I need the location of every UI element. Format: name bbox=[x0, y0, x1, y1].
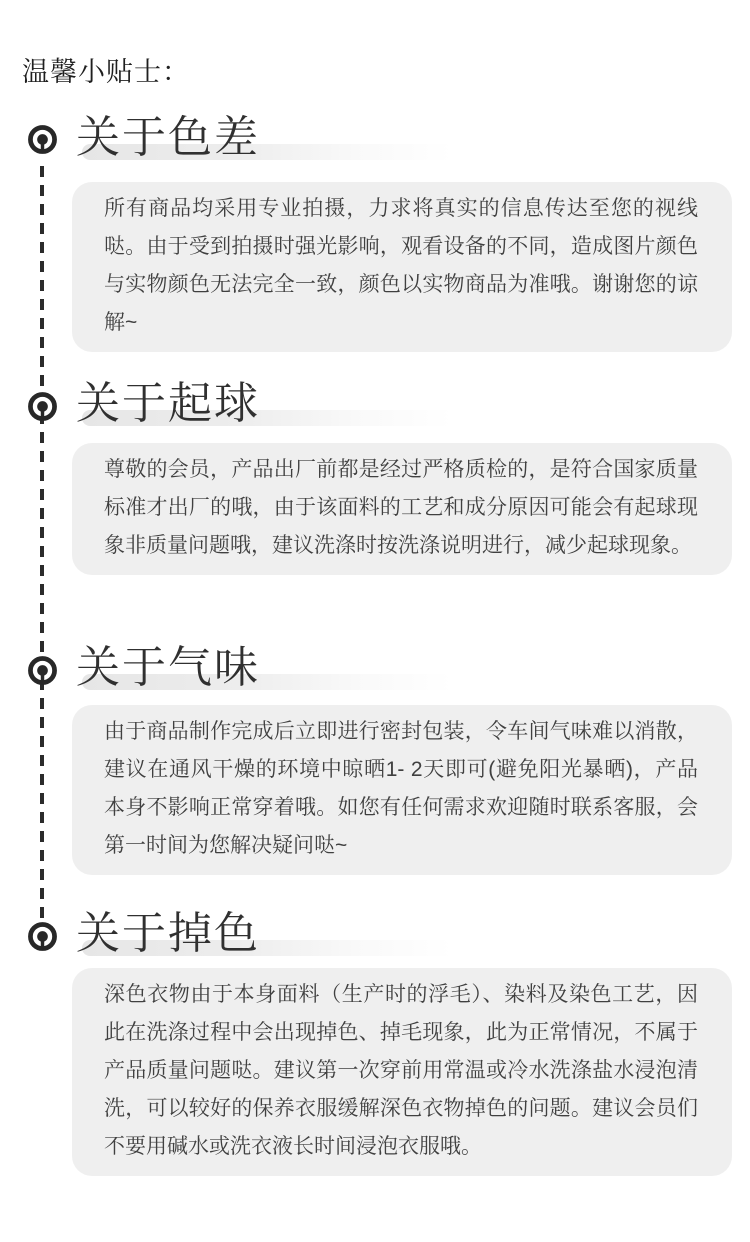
tip-text-color-difference: 所有商品均采用专业拍摄，力求将真实的信息传达至您的视线哒。由于受到拍摄时强光影响… bbox=[72, 182, 732, 352]
section-title-pilling: 关于起球 bbox=[76, 378, 260, 430]
section-title-fading: 关于掉色 bbox=[76, 908, 260, 960]
bullseye-target-icon bbox=[27, 124, 58, 155]
bullseye-target-icon bbox=[27, 921, 58, 952]
tip-text-fading: 深色衣物由于本身面料（生产时的浮毛）、染料及染色工艺，因此在洗涤过程中会出现掉色… bbox=[72, 968, 732, 1176]
tips-header-label: 温馨小贴士： bbox=[22, 50, 190, 89]
bullseye-target-icon bbox=[27, 391, 58, 422]
section-title-odor: 关于气味 bbox=[76, 642, 260, 694]
tip-text-pilling: 尊敬的会员，产品出厂前都是经过严格质检的，是符合国家质量标准才出厂的哦，由于该面… bbox=[72, 443, 732, 575]
section-title-color-difference: 关于色差 bbox=[76, 112, 260, 164]
tip-text-odor: 由于商品制作完成后立即进行密封包装，令车间气味难以消散，建议在通风干燥的环境中晾… bbox=[72, 705, 732, 875]
tips-page: 温馨小贴士： 关于色差 所有商品均采用专业拍摄，力求将真实的信息传达至您的视线哒… bbox=[0, 0, 750, 1242]
timeline-dashed-line bbox=[40, 166, 44, 924]
bullseye-target-icon bbox=[27, 655, 58, 686]
